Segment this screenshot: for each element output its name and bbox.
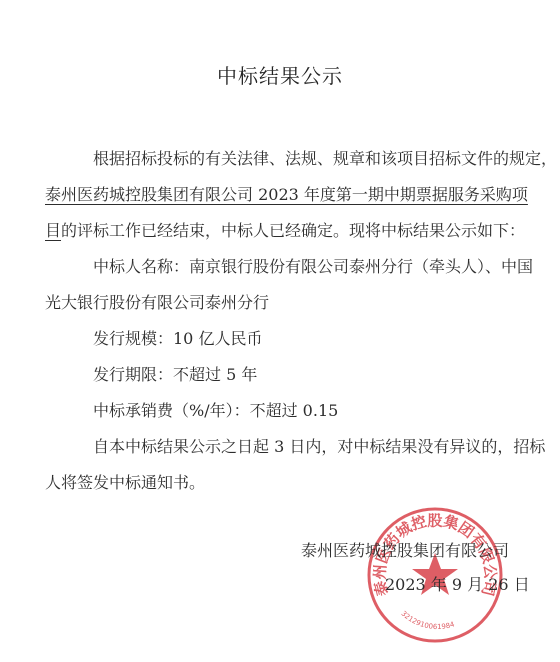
winner-line-1: 中标人名称：南京银行股份有限公司泰州分行（牵头人）、中国 xyxy=(93,254,533,277)
signature-date: 2023 年 9 月 26 日 xyxy=(385,572,530,595)
signature-company: 泰州医药城控股集团有限公司 xyxy=(301,538,509,561)
notice-line-1: 自本中标结果公示之日起 3 日内，对中标结果没有异议的，招标 xyxy=(93,434,545,457)
page-title: 中标结果公示 xyxy=(0,60,560,89)
issue-scale: 发行规模：10 亿人民币 xyxy=(93,326,262,349)
svg-text:3212910061984: 3212910061984 xyxy=(400,610,456,632)
intro-line-3-underlined: 目 xyxy=(45,221,61,240)
intro-line-3-rest: 的评标工作已经结束，中标人已经确定。现将中标结果公示如下： xyxy=(61,221,525,240)
intro-line-1: 根据招标投标的有关法律、法规、规章和该项目招标文件的规定， xyxy=(93,146,557,169)
intro-line-3: 目的评标工作已经结束，中标人已经确定。现将中标结果公示如下： xyxy=(45,218,525,241)
underwriting-fee: 中标承销费（%/年）：不超过 0.15 xyxy=(93,398,338,421)
intro-line-2: 泰州医药城控股集团有限公司 2023 年度第一期中期票据服务采购项 xyxy=(45,182,528,205)
seal-code: 3212910061984 xyxy=(400,610,456,632)
notice-line-2: 人将签发中标通知书。 xyxy=(45,470,205,493)
winner-line-2: 光大银行股份有限公司泰州分行 xyxy=(45,290,269,313)
issue-term: 发行期限：不超过 5 年 xyxy=(93,362,257,385)
